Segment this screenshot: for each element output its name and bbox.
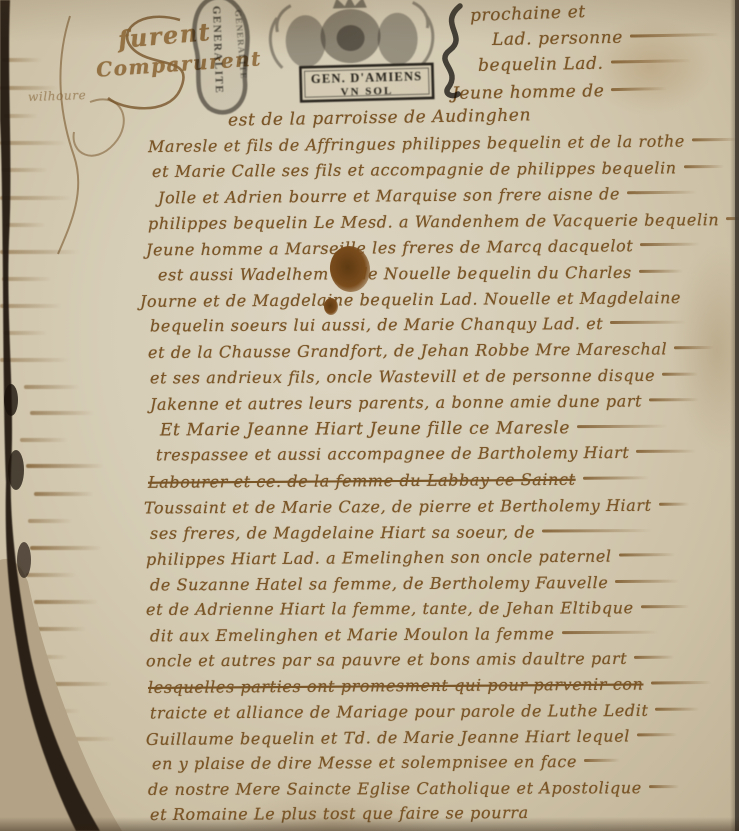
paraph-squiggle [428, 2, 476, 100]
photo-right-edge [735, 0, 739, 831]
ink-blot [327, 243, 373, 294]
stamp-value-text: VN SOL [341, 85, 394, 98]
ink-blot [324, 298, 338, 315]
stamp-region-text: GEN. D'AMIENS [311, 69, 423, 86]
manuscript-scan: GENERALITE GENERALITE GEN. D'AMIENS VN S… [0, 0, 739, 831]
ink-blots-layer [0, 0, 739, 831]
stamp-crown [333, 0, 367, 9]
stamp-supporter-right [377, 12, 418, 65]
stamp-supporter-left [285, 15, 326, 68]
